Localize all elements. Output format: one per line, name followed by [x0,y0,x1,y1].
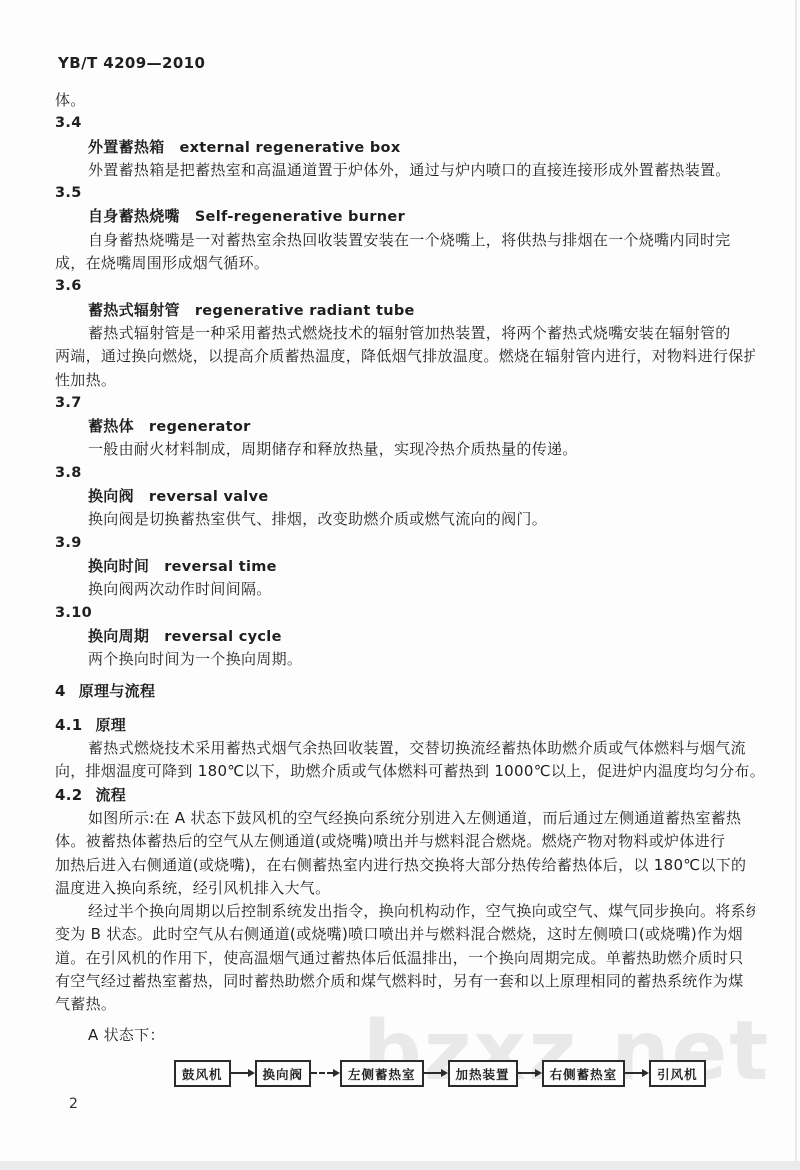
page-number: 2 [69,1096,755,1112]
clause-number: 3.9 [55,532,755,555]
term-en: reversal time [164,559,277,575]
flow-diagram-state-a: 鼓风机 换向阀 左侧蓄热室 加热装置 右侧蓄热室 引风机 [174,1060,755,1087]
term-zh: 外置蓄热箱 [88,138,165,156]
definition-text: 换向阀两次动作时间间隔。 [55,578,755,601]
definition-text: 一般由耐火材料制成，周期储存和释放热量，实现冷热介质热量的传递。 [55,438,755,461]
section-4: 4原理与流程 4.1原理 蓄热式燃烧技术采用蓄热式烟气余热回收装置，交替切换流经… [55,680,755,1046]
term-line: 换向时间reversal time [55,555,755,578]
subsection-title: 流程 [95,786,126,804]
state-a-label: A 状态下： [55,1024,755,1047]
paragraph-line: 向，排烟温度可降到 180℃以下，助燃介质或气体燃料可蓄热到 1000℃以上，促… [55,760,755,783]
term-zh: 换向阀 [88,487,134,505]
term-line: 换向阀reversal valve [55,485,755,508]
clause-number: 3.7 [55,392,755,415]
term-en: regenerative radiant tube [195,303,415,319]
term-line: 蓄热体regenerator [55,415,755,438]
term-en: reversal valve [149,489,269,505]
term-line: 换向周期reversal cycle [55,625,755,648]
clause-3-6: 3.6 蓄热式辐射管regenerative radiant tube 蓄热式辐… [55,275,755,391]
paragraph-line: 变为 B 状态。此时空气从右侧通道(或烧嘴)喷口喷出并与燃料混合燃烧，这时左侧喷… [55,923,755,946]
paragraph-line: 道。在引风机的作用下，使高温烟气通过蓄热体后低温排出，一个换向周期完成。单蓄热助… [55,947,755,970]
section-title: 原理与流程 [79,682,156,700]
paragraph-line: 经过半个换向周期以后控制系统发出指令，换向机构动作，空气换向或空气、煤气同步换向… [55,900,755,923]
continuation-line: 体。 [55,89,755,112]
term-zh: 蓄热式辐射管 [88,301,180,319]
term-line: 外置蓄热箱external regenerative box [55,136,755,159]
clause-number: 3.8 [55,462,755,485]
definition-text: 蓄热式辐射管是一种采用蓄热式燃烧技术的辐射管加热装置，将两个蓄热式烧嘴安装在辐射… [55,322,755,345]
definition-text: 自身蓄热烧嘴是一对蓄热室余热回收装置安装在一个烧嘴上，将供热与排烟在一个烧嘴内同… [55,229,755,252]
flow-arrow-icon [625,1069,649,1077]
flow-arrow-icon [231,1069,255,1077]
definition-text: 换向阀是切换蓄热室供气、排烟，改变助燃介质或燃气流向的阀门。 [55,508,755,531]
flow-node-heating-device: 加热装置 [448,1060,518,1087]
subsection-number: 4.2 [55,786,82,804]
flow-arrow-icon [424,1069,448,1077]
definition-text: 两端，通过换向燃烧，以提高介质蓄热温度，降低烟气排放温度。燃烧在辐射管内进行，对… [55,345,755,368]
definition-text: 两个换向时间为一个换向周期。 [55,648,755,671]
subsection-title: 原理 [95,716,126,734]
clause-number: 3.4 [55,112,755,135]
flow-node-blower: 鼓风机 [174,1060,231,1087]
paragraph-line: 有空气经过蓄热室蓄热，同时蓄热助燃介质和煤气燃料时，另有一套和以上原理相同的蓄热… [55,970,755,993]
paragraph-line: 气蓄热。 [55,993,755,1016]
definition-text: 性加热。 [55,369,755,392]
subsection-number: 4.1 [55,716,82,734]
flow-node-right-regenerator: 右侧蓄热室 [542,1060,626,1087]
subsection-4-2-heading: 4.2流程 [55,784,755,807]
page-content: 体。 3.4 外置蓄热箱external regenerative box 外置… [55,89,755,1112]
term-line: 蓄热式辐射管regenerative radiant tube [55,299,755,322]
clause-3-5: 3.5 自身蓄热烧嘴Self-regenerative burner 自身蓄热烧… [55,182,755,275]
term-en: external regenerative box [180,140,401,156]
term-zh: 换向周期 [88,627,149,645]
document-page: YB/T 4209—2010 bzxz.net 体。 3.4 外置蓄热箱exte… [0,0,800,1170]
clause-number: 3.10 [55,602,755,625]
flow-arrow-dashed-icon [311,1069,340,1077]
flow-arrow-icon [518,1069,542,1077]
clause-number: 3.6 [55,275,755,298]
clause-number: 3.5 [55,182,755,205]
clause-3-8: 3.8 换向阀reversal valve 换向阀是切换蓄热室供气、排烟，改变助… [55,462,755,532]
clause-3-9: 3.9 换向时间reversal time 换向阀两次动作时间间隔。 [55,532,755,602]
paragraph-line: 温度进入换向系统，经引风机排入大气。 [55,877,755,900]
term-en: Self-regenerative burner [195,209,405,225]
term-zh: 蓄热体 [88,417,134,435]
scan-edge-bottom [0,1161,800,1170]
paragraph-line: 体。被蓄热体蓄热后的空气从左侧通道(或烧嘴)喷出并与燃料混合燃烧。燃烧产物对物料… [55,830,755,853]
clause-3-10: 3.10 换向周期reversal cycle 两个换向时间为一个换向周期。 [55,602,755,672]
paragraph-line: 加热后进入右侧通道(或烧嘴)，在右侧蓄热室内进行热交换将大部分热传给蓄热体后，以… [55,854,755,877]
term-zh: 换向时间 [88,557,149,575]
paragraph-line: 蓄热式燃烧技术采用蓄热式烟气余热回收装置，交替切换流经蓄热体助燃介质或气体燃料与… [55,737,755,760]
section-number: 4 [55,682,66,700]
scan-edge-right [795,0,797,1170]
definition-text: 成，在烧嘴周围形成烟气循环。 [55,252,755,275]
doc-number: YB/T 4209—2010 [58,54,205,72]
subsection-4-1-heading: 4.1原理 [55,714,755,737]
clause-3-4: 3.4 外置蓄热箱external regenerative box 外置蓄热箱… [55,112,755,182]
term-en: regenerator [149,419,251,435]
paragraph-line: 如图所示:在 A 状态下鼓风机的空气经换向系统分别进入左侧通道，而后通过左侧通道… [55,807,755,830]
flow-node-reversal-valve: 换向阀 [255,1060,312,1087]
term-line: 自身蓄热烧嘴Self-regenerative burner [55,205,755,228]
flow-node-induced-fan: 引风机 [649,1060,706,1087]
clause-3-7: 3.7 蓄热体regenerator 一般由耐火材料制成，周期储存和释放热量，实… [55,392,755,462]
term-zh: 自身蓄热烧嘴 [88,207,180,225]
section-heading: 4原理与流程 [55,680,755,703]
definition-text: 外置蓄热箱是把蓄热室和高温通道置于炉体外，通过与炉内喷口的直接连接形成外置蓄热装… [55,159,755,182]
flow-node-left-regenerator: 左侧蓄热室 [340,1060,424,1087]
term-en: reversal cycle [164,629,282,645]
